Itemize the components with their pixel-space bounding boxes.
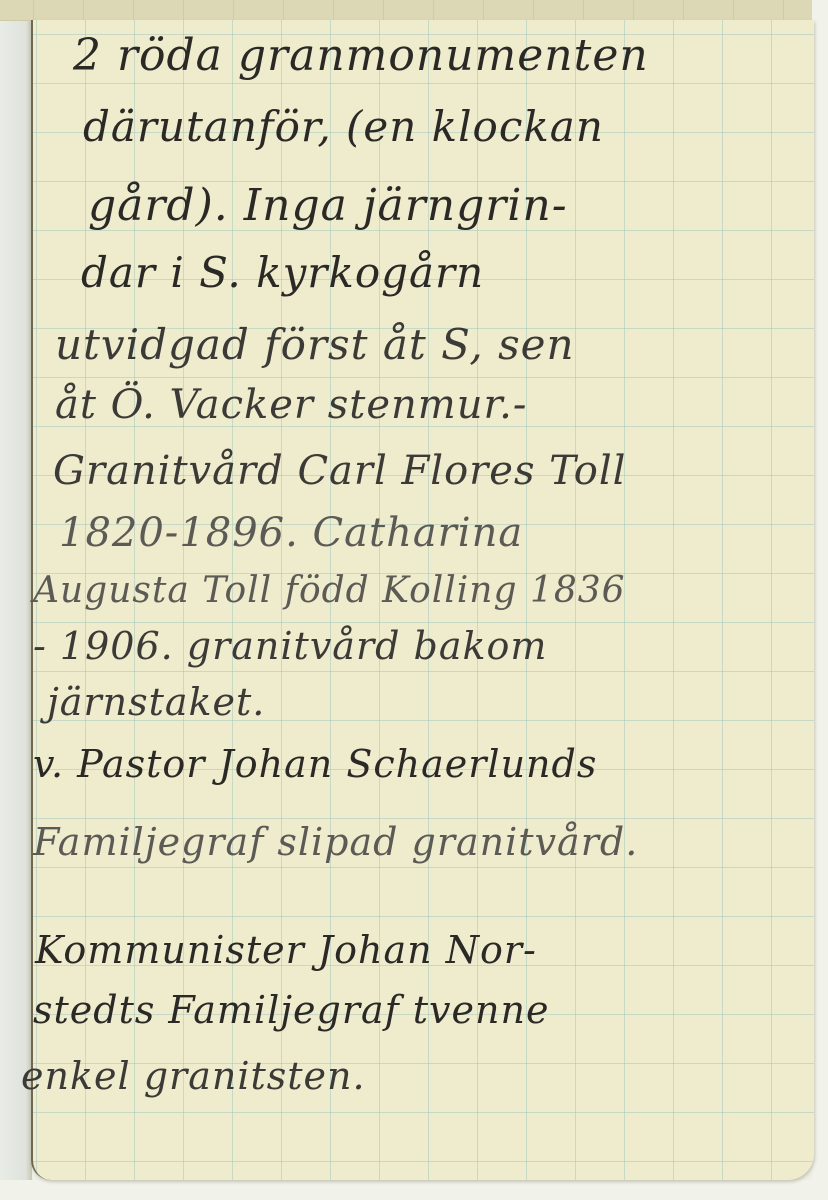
text-line-15: stedts Familjegraf tvenne: [33, 988, 549, 1032]
handwritten-text: 2 röda granmonumenten därutanför, (en kl…: [33, 20, 814, 1180]
text-line-14: Kommunister Johan Nor-: [35, 928, 537, 972]
text-line-11: järnstaket.: [47, 680, 265, 724]
text-line-8: 1820-1896. Catharina: [59, 510, 523, 556]
scan-background-bottom: [0, 1180, 828, 1200]
text-line-16: enkel granitsten.: [21, 1054, 366, 1098]
notebook-page: 2 röda granmonumenten därutanför, (en kl…: [31, 20, 814, 1180]
text-line-12: v. Pastor Johan Schaerlunds: [33, 742, 597, 786]
scan-background-right: [812, 0, 828, 1200]
scan-background-left: [0, 0, 32, 1200]
text-line-4: dar i S. kyrkogårn: [81, 248, 484, 297]
text-line-5: utvidgad först åt S, sen: [55, 320, 575, 369]
text-line-13: Familjegraf slipad granitvård.: [33, 820, 638, 864]
text-line-10: - 1906. granitvård bakom: [33, 624, 547, 668]
text-line-1: 2 röda granmonumenten: [73, 30, 649, 81]
folded-page-edge: [0, 0, 812, 21]
text-line-2: därutanför, (en klockan: [83, 102, 604, 151]
text-line-7: Granitvård Carl Flores Toll: [53, 448, 626, 494]
text-line-9: Augusta Toll född Kolling 1836: [33, 570, 626, 611]
text-line-3: gård). Inga järngrin-: [88, 180, 568, 231]
text-line-6: åt Ö. Vacker stenmur.-: [55, 382, 527, 428]
